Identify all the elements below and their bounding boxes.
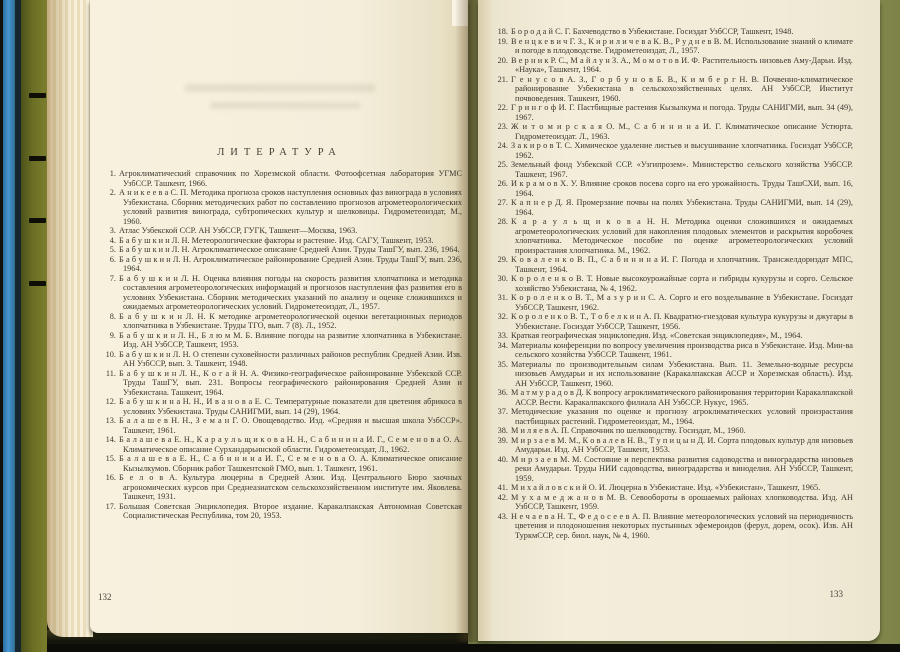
entry-number: 21. [487, 75, 511, 104]
bibliography-entry: 21. Г е н у с о в А. З., Г о р б у н о в… [487, 75, 853, 104]
bibliography-entry: 5. Б а б у ш к и н Л. Н. Агроклиматическ… [97, 245, 462, 255]
entry-text: Земельный фонд Узбекской ССР. «Узгипрозе… [511, 160, 853, 179]
entry-text: В е р н и к Р. С., М а й л у н З. А., М … [511, 56, 853, 75]
entry-number: 24. [487, 141, 511, 160]
entry-number: 11. [97, 369, 119, 398]
entry-text: К а п н е р Д. Я. Промерзание почвы на п… [511, 198, 853, 217]
bibliography-entry: 22. Г р и н г о ф И. Г. Пастбищные расте… [487, 103, 853, 122]
binding-stitch [29, 93, 46, 98]
entry-number: 13. [97, 416, 119, 435]
entry-number: 7. [97, 274, 119, 312]
entry-number: 6. [97, 255, 119, 274]
entry-number: 10. [97, 350, 119, 369]
bibliography-list-left: 1. Агроклиматический справочник по Хорез… [97, 169, 462, 521]
bibliography-entry: 39. М и р з а е в М. М., К о в а л е в Н… [487, 436, 853, 455]
bibliography-entry: 30. К о р о л е н к о В. Т. Новые высоко… [487, 274, 853, 293]
entry-number: 15. [97, 454, 119, 473]
entry-text: Большая Советская Энциклопедия. Второе и… [119, 502, 462, 521]
entry-text: И к р а м о в Х. У. Влияние сроков посев… [511, 179, 853, 198]
entry-text: Ж и т о м и р с к а я О. М., С а б и н и… [511, 122, 853, 141]
bibliography-entry: 18. Б о р о д а й С. Г. Бахчеводство в У… [487, 27, 853, 37]
entry-text: Краткая географическая энциклопедия. Изд… [511, 331, 853, 341]
entry-number: 26. [487, 179, 511, 198]
entry-number: 22. [487, 103, 511, 122]
entry-text: Б о р о д а й С. Г. Бахчеводство в Узбек… [511, 27, 853, 37]
bibliography-entry: 31. К о р о л е н к о В. Т., М а з у р и… [487, 293, 853, 312]
entry-text: Агроклиматический справочник по Хорезмск… [119, 169, 462, 188]
entry-text: Б а б у ш к и н Л. Н. Оценка влияния пог… [119, 274, 462, 312]
bibliography-entry: 3. Атлас Узбекской ССР. АН УзбССР, ГУГК,… [97, 226, 462, 236]
entry-number: 34. [487, 341, 511, 360]
entry-text: Г е н у с о в А. З., Г о р б у н о в Б. … [511, 75, 853, 104]
entry-number: 33. [487, 331, 511, 341]
bibliography-entry: 28. К а р а у л ь щ и к о в а Н. Н. Мето… [487, 217, 853, 255]
entry-number: 37. [487, 407, 511, 426]
entry-text: Б а л а ш е в а Е. Н., К а р а у л ь щ и… [119, 435, 462, 454]
bibliography-entry: 4. Б а б у ш к и н Л. Н. Метеорологическ… [97, 236, 462, 246]
bibliography-entry: 13. Б а л а ш е в Н. Н., З е м а н Г. О.… [97, 416, 462, 435]
entry-number: 16. [97, 473, 119, 502]
bibliography-list-right: 18. Б о р о д а й С. Г. Бахчеводство в У… [487, 0, 853, 540]
bibliography-entry: 8. Б а б у ш к и н Л. Н. К методике агро… [97, 312, 462, 331]
bibliography-entry: 42. М у х а м е д ж а н о в М. В. Севооб… [487, 493, 853, 512]
bibliography-entry: 27. К а п н е р Д. Я. Промерзание почвы … [487, 198, 853, 217]
entry-text: К о р о л е н к о В. Т., М а з у р и н С… [511, 293, 853, 312]
bibliography-entry: 41. М и х а й л о в с к и й О. И. Люцерн… [487, 483, 853, 493]
entry-text: Б а б у ш к и н а Н. Н., И в а н о в а Е… [119, 397, 462, 416]
entry-number: 5. [97, 245, 119, 255]
page-number-left: 132 [98, 592, 112, 602]
entry-number: 1. [97, 169, 119, 188]
bibliography-entry: 14. Б а л а ш е в а Е. Н., К а р а у л ь… [97, 435, 462, 454]
entry-text: Б а б у ш к и н Л. Н. Метеорологические … [119, 236, 462, 246]
entry-number: 12. [97, 397, 119, 416]
entry-text: М у х а м е д ж а н о в М. В. Севооборот… [511, 493, 853, 512]
bibliography-entry: 17. Большая Советская Энциклопедия. Втор… [97, 502, 462, 521]
right-page: 18. Б о р о д а й С. Г. Бахчеводство в У… [478, 0, 880, 641]
entry-text: Б а л а ш е в Н. Н., З е м а н Г. О. Ово… [119, 416, 462, 435]
entry-number: 32. [487, 312, 511, 331]
bibliography-entry: 40. М и р з а е в М. М. Состояние и перс… [487, 455, 853, 484]
entry-number: 28. [487, 217, 511, 255]
entry-number: 42. [487, 493, 511, 512]
entry-number: 2. [97, 188, 119, 226]
entry-text: Б а б у ш к и н Л. Н. К методике агромет… [119, 312, 462, 331]
entry-text: Н е ч а е в а Н. Т., Ф е д о с е е в А. … [511, 512, 853, 541]
entry-text: Б а б у ш к и н Л. Н. Агроклиматическое … [119, 245, 462, 255]
entry-text: М и р з а е в М. М., К о в а л е в Н. В.… [511, 436, 853, 455]
binding-stitch [29, 281, 46, 286]
entry-text: К а р а у л ь щ и к о в а Н. Н. Методика… [511, 217, 853, 255]
entry-text: З а к и р о в Т. С. Химическое удаление … [511, 141, 853, 160]
bibliography-entry: 43. Н е ч а е в а Н. Т., Ф е д о с е е в… [487, 512, 853, 541]
entry-number: 31. [487, 293, 511, 312]
bibliography-entry: 33. Краткая географическая энциклопедия.… [487, 331, 853, 341]
entry-text: А н и к е е в а С. П. Методика прогноза … [119, 188, 462, 226]
bibliography-entry: 2. А н и к е е в а С. П. Методика прогно… [97, 188, 462, 226]
entry-text: Материалы по производительным силам Узбе… [511, 360, 853, 389]
entry-number: 41. [487, 483, 511, 493]
entry-number: 25. [487, 160, 511, 179]
entry-number: 4. [97, 236, 119, 246]
left-page: ЛИТЕРАТУРА 1. Агроклиматический справочн… [90, 0, 468, 633]
bibliography-entry: 11. Б а б у ш к и н Л. Н., К о г а й Н. … [97, 369, 462, 398]
entry-text: Б а б у ш к и н Л. Н., К о г а й Н. А. Ф… [119, 369, 462, 398]
entry-number: 20. [487, 56, 511, 75]
bibliography-entry: 25. Земельный фонд Узбекской ССР. «Узгип… [487, 160, 853, 179]
entry-number: 43. [487, 512, 511, 541]
entry-text: Б а б у ш к и н Л. Н., Б л ю м М. Б. Вли… [119, 331, 462, 350]
entry-text: Методические указания по оценке и прогно… [511, 407, 853, 426]
bibliography-entry: 32. К о р о л е н к о В. Т., Т о б е л к… [487, 312, 853, 331]
entry-number: 17. [97, 502, 119, 521]
page-number-right: 133 [830, 589, 844, 599]
page-title: ЛИТЕРАТУРА [97, 147, 462, 158]
entry-text: Г р и н г о ф И. Г. Пастбищные растения … [511, 103, 853, 122]
entry-number: 30. [487, 274, 511, 293]
bibliography-entry: 1. Агроклиматический справочник по Хорез… [97, 169, 462, 188]
entry-text: М и х а й л о в с к и й О. И. Люцерна в … [511, 483, 853, 493]
entry-text: Б а л а ш е в а Е. Н., С а б и н и н а И… [119, 454, 462, 473]
bibliography-entry: 20. В е р н и к Р. С., М а й л у н З. А.… [487, 56, 853, 75]
entry-text: В е н ц к е в и ч Г. З., К и р и л и ч е… [511, 37, 853, 56]
entry-text: Б а б у ш к и н Л. Н. Агроклиматическое … [119, 255, 462, 274]
entry-text: Материалы конференции по вопросу увеличе… [511, 341, 853, 360]
entry-number: 23. [487, 122, 511, 141]
bibliography-entry: 15. Б а л а ш е в а Е. Н., С а б и н и н… [97, 454, 462, 473]
entry-number: 19. [487, 37, 511, 56]
entry-number: 35. [487, 360, 511, 389]
entry-text: Атлас Узбекской ССР. АН УзбССР, ГУГК, Та… [119, 226, 462, 236]
bibliography-entry: 7. Б а б у ш к и н Л. Н. Оценка влияния … [97, 274, 462, 312]
bibliography-entry: 10. Б а б у ш к и н Л. Н. О степени сухо… [97, 350, 462, 369]
entry-number: 38. [487, 426, 511, 436]
entry-text: М а т м у р а д о в Д. К вопросу агрокли… [511, 388, 853, 407]
entry-number: 27. [487, 198, 511, 217]
entry-number: 8. [97, 312, 119, 331]
entry-text: К о р о л е н к о В. Т., Т о б е л к и н… [511, 312, 853, 331]
entry-text: М и р з а е в М. М. Состояние и перспект… [511, 455, 853, 484]
entry-number: 36. [487, 388, 511, 407]
entry-number: 18. [487, 27, 511, 37]
entry-number: 39. [487, 436, 511, 455]
bibliography-entry: 38. М и л я е в А. П. Справочник по шелк… [487, 426, 853, 436]
bibliography-entry: 35. Материалы по производительным силам … [487, 360, 853, 389]
bibliography-entry: 34. Материалы конференции по вопросу уве… [487, 341, 853, 360]
entry-number: 29. [487, 255, 511, 274]
spine-blue-strip [3, 0, 15, 652]
bibliography-entry: 36. М а т м у р а д о в Д. К вопросу агр… [487, 388, 853, 407]
bibliography-entry: 26. И к р а м о в Х. У. Влияние сроков п… [487, 179, 853, 198]
bibliography-entry: 19. В е н ц к е в и ч Г. З., К и р и л и… [487, 37, 853, 56]
bibliography-entry: 6. Б а б у ш к и н Л. Н. Агроклиматическ… [97, 255, 462, 274]
binding-stitch [29, 156, 46, 161]
bibliography-entry: 24. З а к и р о в Т. С. Химическое удале… [487, 141, 853, 160]
entry-number: 40. [487, 455, 511, 484]
entry-text: Б а б у ш к и н Л. Н. О степени суховейн… [119, 350, 462, 369]
bibliography-entry: 12. Б а б у ш к и н а Н. Н., И в а н о в… [97, 397, 462, 416]
entry-number: 9. [97, 331, 119, 350]
entry-text: К о р о л е н к о В. Т. Новые высокоурож… [511, 274, 853, 293]
bibliography-entry: 9. Б а б у ш к и н Л. Н., Б л ю м М. Б. … [97, 331, 462, 350]
bibliography-entry: 37. Методические указания по оценке и пр… [487, 407, 853, 426]
entry-text: М и л я е в А. П. Справочник по шелковод… [511, 426, 853, 436]
bibliography-entry: 16. Б е л о в А. Культура люцерны в Сред… [97, 473, 462, 502]
entry-number: 3. [97, 226, 119, 236]
binding-stitch [29, 218, 46, 223]
bibliography-entry: 23. Ж и т о м и р с к а я О. М., С а б и… [487, 122, 853, 141]
entry-text: К о в а л е н к о В. П., С а б и н и н а… [511, 255, 853, 274]
entry-text: Б е л о в А. Культура люцерны в Средней … [119, 473, 462, 502]
page-edge-stack [47, 0, 93, 637]
entry-number: 14. [97, 435, 119, 454]
bibliography-entry: 29. К о в а л е н к о В. П., С а б и н и… [487, 255, 853, 274]
table-surface [0, 644, 900, 652]
